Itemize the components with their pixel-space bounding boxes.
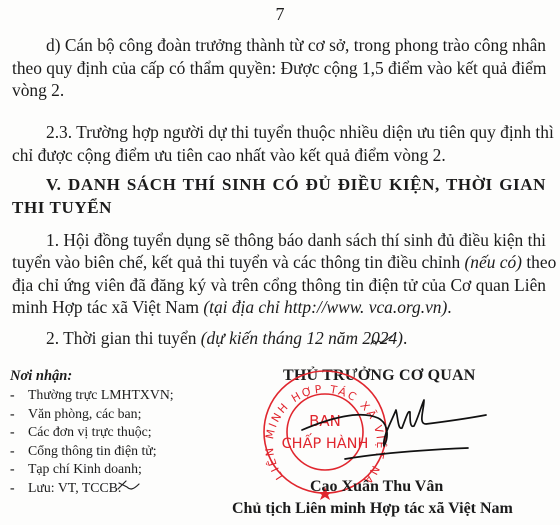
para-2-line: 2. Thời gian thi tuyển (dự kiến tháng 12…: [46, 328, 546, 348]
page-number: 7: [0, 4, 560, 25]
para-1-line-3: địa chỉ ứng viên đã đăng ký và trên cổng…: [12, 275, 546, 295]
list-dash: -: [10, 387, 28, 403]
list-dash: -: [10, 406, 28, 422]
para-d-line-2: theo quy định của cấp có thẩm quyền: Đượ…: [12, 58, 546, 78]
recipient-item: -Cổng thông tin điện tử;: [10, 443, 174, 462]
para-2-italic: (dự kiến tháng 12 năm 2024): [201, 328, 403, 348]
stamp-center-line-1: BAN: [309, 412, 341, 430]
signature-title: THỦ TRƯỞNG CƠ QUAN: [283, 367, 476, 385]
para-2-3-line-2: chỉ được cộng điểm ưu tiên cao nhất vào …: [12, 145, 546, 165]
signer-role: Chủ tịch Liên minh Hợp tác xã Việt Nam: [232, 500, 513, 518]
section-v-heading-line-2: THI TUYỂN: [12, 198, 546, 218]
para-1-line-4-text: minh Hợp tác xã Việt Nam: [12, 297, 203, 317]
stamp-inner-ring: [287, 394, 363, 470]
section-v-heading-line-1: V. DANH SÁCH THÍ SINH CÓ ĐỦ ĐIỀU KIỆN, T…: [46, 175, 546, 195]
para-2-text: 2. Thời gian thi tuyển: [46, 328, 201, 348]
recipient-item: -Lưu: VT, TCCB.: [10, 480, 174, 499]
para-1-line-4: minh Hợp tác xã Việt Nam (tại địa chỉ ht…: [12, 297, 546, 317]
recipient-text: Lưu: VT, TCCB.: [28, 480, 121, 495]
para-1-line-2-end: theo: [522, 252, 556, 272]
para-1-line-4-end: .: [447, 297, 451, 317]
para-2-end: .: [403, 328, 407, 348]
para-1-note-italic: (nếu có): [465, 252, 522, 272]
recipient-text: Các đơn vị trực thuộc;: [28, 424, 152, 439]
document-page: 7 d) Cán bộ công đoàn trưởng thành từ cơ…: [0, 0, 560, 525]
recipient-text: Cổng thông tin điện tử;: [28, 443, 157, 458]
recipients-title: Nơi nhận:: [10, 368, 174, 387]
para-1-line-2: tuyển vào biên chế, kết quả thi tuyển và…: [12, 252, 546, 272]
list-dash: -: [10, 424, 28, 440]
list-dash: -: [10, 480, 28, 496]
recipient-text: Tạp chí Kinh doanh;: [28, 461, 142, 476]
para-d-line-1: d) Cán bộ công đoàn trưởng thành từ cơ s…: [46, 35, 546, 55]
recipient-text: Thường trực LMHTXVN;: [28, 387, 174, 402]
stamp-center-line-2: CHẤP HÀNH: [282, 433, 369, 452]
para-d-line-3: vòng 2.: [12, 80, 546, 100]
list-dash: -: [10, 461, 28, 477]
recipient-text: Văn phòng, các ban;: [28, 406, 141, 421]
list-dash: -: [10, 443, 28, 459]
recipient-item: -Tạp chí Kinh doanh;: [10, 461, 174, 480]
signer-name: Cao Xuân Thu Vân: [310, 478, 443, 496]
handwritten-signature: [302, 400, 486, 459]
recipient-item: -Thường trực LMHTXVN;: [10, 387, 174, 406]
para-2-3-line-1: 2.3. Trường hợp người dự thi tuyển thuộc…: [46, 122, 546, 142]
recipient-item: -Các đơn vị trực thuộc;: [10, 424, 174, 443]
para-1-address-italic: (tại địa chỉ http://www. vca.org.vn): [203, 297, 447, 317]
recipient-item: -Văn phòng, các ban;: [10, 406, 174, 425]
para-1-line-1: 1. Hội đồng tuyển dụng sẽ thông báo danh…: [46, 230, 546, 250]
para-1-line-2-text: tuyển vào biên chế, kết quả thi tuyển và…: [12, 252, 465, 272]
stamp-outer-ring: [264, 371, 386, 493]
recipients-block: Nơi nhận: -Thường trực LMHTXVN; -Văn phò…: [10, 368, 174, 499]
